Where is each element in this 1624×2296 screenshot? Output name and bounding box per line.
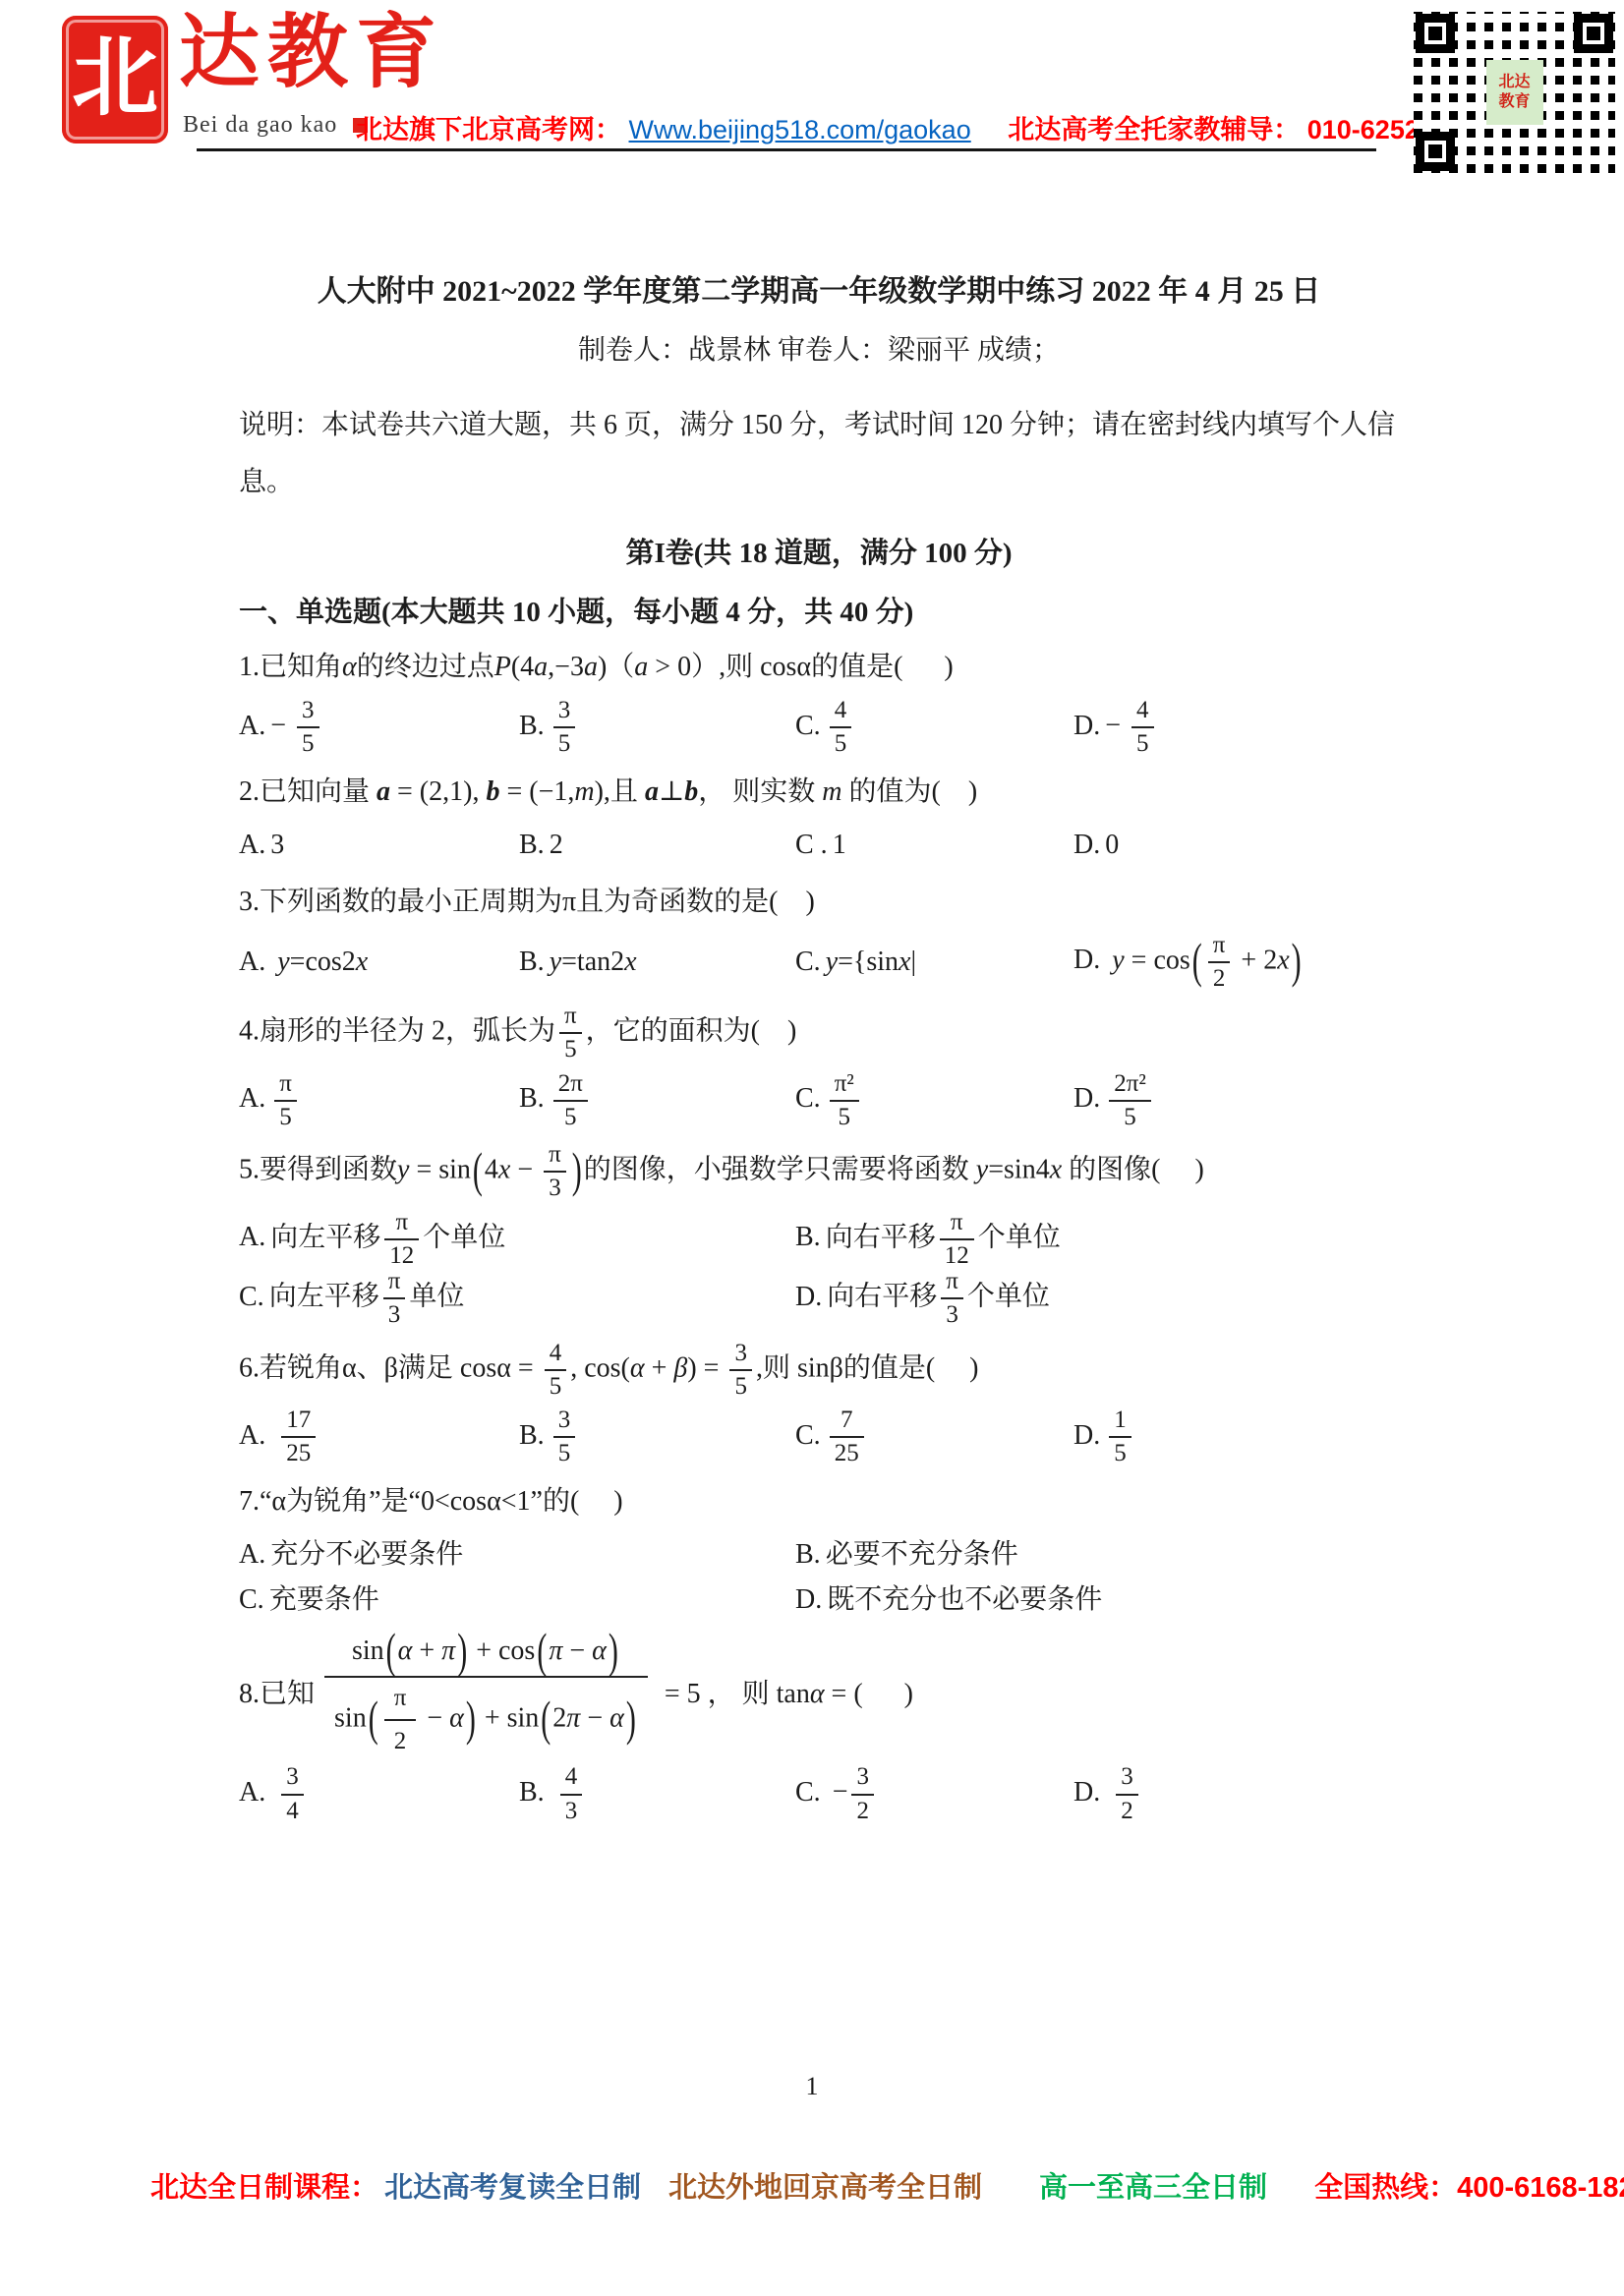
fraction: π12 bbox=[384, 1210, 419, 1270]
big-paren: ) bbox=[464, 1694, 478, 1746]
page-footer: 北达全日制课程：北达高考复读全日制北达外地回京高考全日制高一至高三全日制全国热线… bbox=[150, 2165, 1624, 2206]
big-paren: ( bbox=[1190, 925, 1204, 1000]
question-q5: 5.要得到函数y = sin(4x − π3)的图像，小强数学只需要将函数 y=… bbox=[239, 1142, 1399, 1329]
question-q3: 3.下列函数的最小正周期为π且为奇函数的是( )A. y=cos2xB.y=ta… bbox=[239, 880, 1399, 993]
footer-segment: 北达全日制课程： bbox=[150, 2172, 378, 2204]
option-B: B.向右平移π12个单位 bbox=[795, 1210, 1399, 1270]
fraction: π5 bbox=[274, 1071, 297, 1131]
option-D: D.向右平移π3个单位 bbox=[795, 1269, 1399, 1329]
header-tagline: 北达旗下北京高考网： Www.beijing518.com/gaokao 北达高… bbox=[356, 108, 1479, 146]
fraction: 15 bbox=[1109, 1407, 1131, 1467]
exam-makers: 制卷人：战景林 审卷人：梁丽平 成绩； bbox=[239, 332, 1399, 370]
exam-page: 北 达教育 Bei da gao kao 北达旗下北京高考网： Www.beij… bbox=[0, 0, 1624, 2296]
question-stem: 6.若锐角α、β满足 cosα = 45, cos(α + β) = 35,则 … bbox=[239, 1341, 1399, 1401]
options-row: A.− 35B.35C.45D.− 45 bbox=[239, 698, 1399, 758]
fraction: π5 bbox=[559, 1004, 582, 1063]
fraction: 35 bbox=[297, 698, 319, 758]
options-row: A. 34B. 43C. −32D. 32 bbox=[239, 1764, 1399, 1824]
tagline-text-1: 北达旗下北京高考网： bbox=[356, 115, 621, 144]
option-D: D.0 bbox=[1073, 823, 1399, 868]
option-B: B.35 bbox=[519, 1407, 795, 1467]
fraction: π2 bbox=[384, 1686, 417, 1755]
option-C: C.充要条件 bbox=[239, 1578, 795, 1623]
option-B: B.y=tan2x bbox=[519, 940, 795, 985]
header-divider bbox=[197, 148, 1376, 151]
qr-finder-icon bbox=[1574, 14, 1613, 53]
options-row: A.向左平移π12个单位B.向右平移π12个单位C.向左平移π3单位D.向右平移… bbox=[239, 1210, 1399, 1329]
qr-center-label: 北达 教育 bbox=[1486, 60, 1543, 125]
question-list: 1.已知角α的终边过点P(4a,−3a)（a > 0）,则 cosα的值是( )… bbox=[239, 645, 1399, 1824]
option-C: C .1 bbox=[795, 823, 1073, 868]
qr-finder-icon bbox=[1416, 14, 1455, 53]
logo-subtitle: Bei da gao kao bbox=[183, 112, 337, 139]
option-A: A.π5 bbox=[239, 1071, 519, 1131]
question-stem: 2.已知向量 a = (2,1), b = (−1,m),且 a⊥b， 则实数 … bbox=[239, 770, 1399, 815]
fraction: π3 bbox=[383, 1269, 406, 1329]
options-row: A. y=cos2xB.y=tan2xC.y={sinx|D. y = cos(… bbox=[239, 933, 1399, 993]
options-row: A. 1725B.35C.725D.15 bbox=[239, 1407, 1399, 1467]
big-fraction: sin(α + π) + cos(π − α)sin(π2 − α) + sin… bbox=[324, 1636, 648, 1755]
fraction: 725 bbox=[830, 1407, 864, 1467]
footer-segment: 北达外地回京高考全日制 bbox=[668, 2172, 982, 2204]
fraction: π12 bbox=[940, 1210, 974, 1270]
option-C: C.y={sinx| bbox=[795, 940, 1073, 985]
exam-note: 说明：本试卷共六道大题，共 6 页，满分 150 分，考试时间 120 分钟；请… bbox=[239, 397, 1399, 511]
option-D: D. y = cos(π2 + 2x) bbox=[1073, 933, 1399, 993]
fraction: 35 bbox=[553, 1407, 576, 1467]
question-stem: 3.下列函数的最小正周期为π且为奇函数的是( ) bbox=[239, 880, 1399, 925]
fraction: 35 bbox=[729, 1341, 752, 1401]
fraction: π3 bbox=[544, 1142, 566, 1202]
option-D: D. 32 bbox=[1073, 1764, 1399, 1824]
options-row: A.π5B.2π5C.π²5D.2π²5 bbox=[239, 1071, 1399, 1131]
big-paren: ( bbox=[367, 1694, 380, 1746]
big-paren: ) bbox=[455, 1627, 469, 1678]
option-C: C.π²5 bbox=[795, 1071, 1073, 1131]
beida-seal-icon: 北 bbox=[62, 16, 168, 143]
question-stem: 4.扇形的半径为 2，弧长为π5，它的面积为( ) bbox=[239, 1004, 1399, 1063]
qr-finder-icon bbox=[1416, 132, 1455, 171]
option-D: D.15 bbox=[1073, 1407, 1399, 1467]
option-B: B.35 bbox=[519, 698, 795, 758]
tagline-link[interactable]: Www.beijing518.com/gaokao bbox=[629, 115, 971, 144]
option-C: C.725 bbox=[795, 1407, 1073, 1467]
option-D: D.既不充分也不必要条件 bbox=[795, 1578, 1399, 1623]
question-q2: 2.已知向量 a = (2,1), b = (−1,m),且 a⊥b， 则实数 … bbox=[239, 770, 1399, 868]
fraction: 45 bbox=[545, 1341, 567, 1401]
option-B: B.2π5 bbox=[519, 1071, 795, 1131]
fraction: 45 bbox=[830, 698, 852, 758]
option-A: A. 34 bbox=[239, 1764, 519, 1824]
part-title: 第I卷(共 18 道题，满分 100 分) bbox=[239, 533, 1399, 574]
qr-code: 北达 教育 bbox=[1414, 12, 1615, 173]
option-B: B. 43 bbox=[519, 1764, 795, 1824]
option-A: A.充分不必要条件 bbox=[239, 1532, 795, 1578]
big-paren: ) bbox=[1290, 925, 1304, 1000]
big-paren: ) bbox=[607, 1627, 620, 1678]
option-C: C.向左平移π3单位 bbox=[239, 1269, 795, 1329]
seal-character: 北 bbox=[72, 36, 158, 123]
tagline-text-2: 北达高考全托家教辅导： bbox=[1008, 115, 1300, 144]
section-title: 一、单选题(本大题共 10 小题，每小题 4 分，共 40 分) bbox=[239, 592, 1399, 633]
question-q1: 1.已知角α的终边过点P(4a,−3a)（a > 0）,则 cosα的值是( )… bbox=[239, 645, 1399, 758]
option-B: B.2 bbox=[519, 823, 795, 868]
question-stem: 7.“α为锐角”是“0<cosα<1”的( ) bbox=[239, 1479, 1399, 1524]
fraction: 2π²5 bbox=[1109, 1071, 1151, 1131]
fraction: 2π5 bbox=[553, 1071, 588, 1131]
fraction: 34 bbox=[281, 1764, 304, 1824]
logo-subtitle-row: Bei da gao kao bbox=[183, 112, 368, 139]
fraction: 32 bbox=[851, 1764, 874, 1824]
question-q7: 7.“α为锐角”是“0<cosα<1”的( )A.充分不必要条件B.必要不充分条… bbox=[239, 1479, 1399, 1623]
question-q8: 8.已知sin(α + π) + cos(π − α)sin(π2 − α) +… bbox=[239, 1635, 1399, 1824]
big-paren: ) bbox=[624, 1694, 638, 1746]
page-number: 1 bbox=[0, 2072, 1624, 2101]
fraction: 32 bbox=[1116, 1764, 1138, 1824]
option-A: A. y=cos2x bbox=[239, 940, 519, 985]
fraction: 43 bbox=[560, 1764, 583, 1824]
question-q6: 6.若锐角α、β满足 cosα = 45, cos(α + β) = 35,则 … bbox=[239, 1341, 1399, 1467]
exam-title: 人大附中 2021~2022 学年度第二学期高一年级数学期中练习 2022 年 … bbox=[239, 271, 1399, 313]
option-A: A.3 bbox=[239, 823, 519, 868]
option-B: B.必要不充分条件 bbox=[795, 1532, 1399, 1578]
fraction: 35 bbox=[553, 698, 576, 758]
question-q4: 4.扇形的半径为 2，弧长为π5，它的面积为( )A.π5B.2π5C.π²5D… bbox=[239, 1004, 1399, 1130]
big-paren: ) bbox=[570, 1134, 584, 1209]
fraction: π2 bbox=[1208, 933, 1231, 993]
question-stem: 1.已知角α的终边过点P(4a,−3a)（a > 0）,则 cosα的值是( ) bbox=[239, 645, 1399, 690]
option-D: D.− 45 bbox=[1073, 698, 1399, 758]
question-stem: 5.要得到函数y = sin(4x − π3)的图像，小强数学只需要将函数 y=… bbox=[239, 1142, 1399, 1202]
option-A: A. 1725 bbox=[239, 1407, 519, 1467]
options-row: A.充分不必要条件B.必要不充分条件C.充要条件D.既不充分也不必要条件 bbox=[239, 1532, 1399, 1623]
big-paren: ( bbox=[471, 1134, 485, 1209]
options-row: A.3B.2C .1D.0 bbox=[239, 823, 1399, 868]
fraction: 1725 bbox=[281, 1407, 316, 1467]
option-C: C.45 bbox=[795, 698, 1073, 758]
big-paren: ( bbox=[384, 1627, 398, 1678]
footer-segment: 北达高考复读全日制 bbox=[384, 2172, 641, 2204]
big-paren: ( bbox=[535, 1627, 549, 1678]
footer-segment: 高一至高三全日制 bbox=[1039, 2172, 1267, 2204]
footer-segment: 全国热线：400-6168-182 bbox=[1314, 2172, 1624, 2204]
fraction: 45 bbox=[1131, 698, 1154, 758]
fraction: π²5 bbox=[830, 1071, 859, 1131]
fraction: π3 bbox=[941, 1269, 963, 1329]
exam-body: 人大附中 2021~2022 学年度第二学期高一年级数学期中练习 2022 年 … bbox=[239, 271, 1399, 1834]
option-A: A.− 35 bbox=[239, 698, 519, 758]
option-A: A.向左平移π12个单位 bbox=[239, 1210, 795, 1270]
big-paren: ( bbox=[539, 1694, 552, 1746]
question-stem: 8.已知sin(α + π) + cos(π − α)sin(π2 − α) +… bbox=[239, 1635, 1399, 1757]
option-C: C. −32 bbox=[795, 1764, 1073, 1824]
option-D: D.2π²5 bbox=[1073, 1071, 1399, 1131]
logo-brand-text: 达教育 bbox=[179, 0, 444, 106]
